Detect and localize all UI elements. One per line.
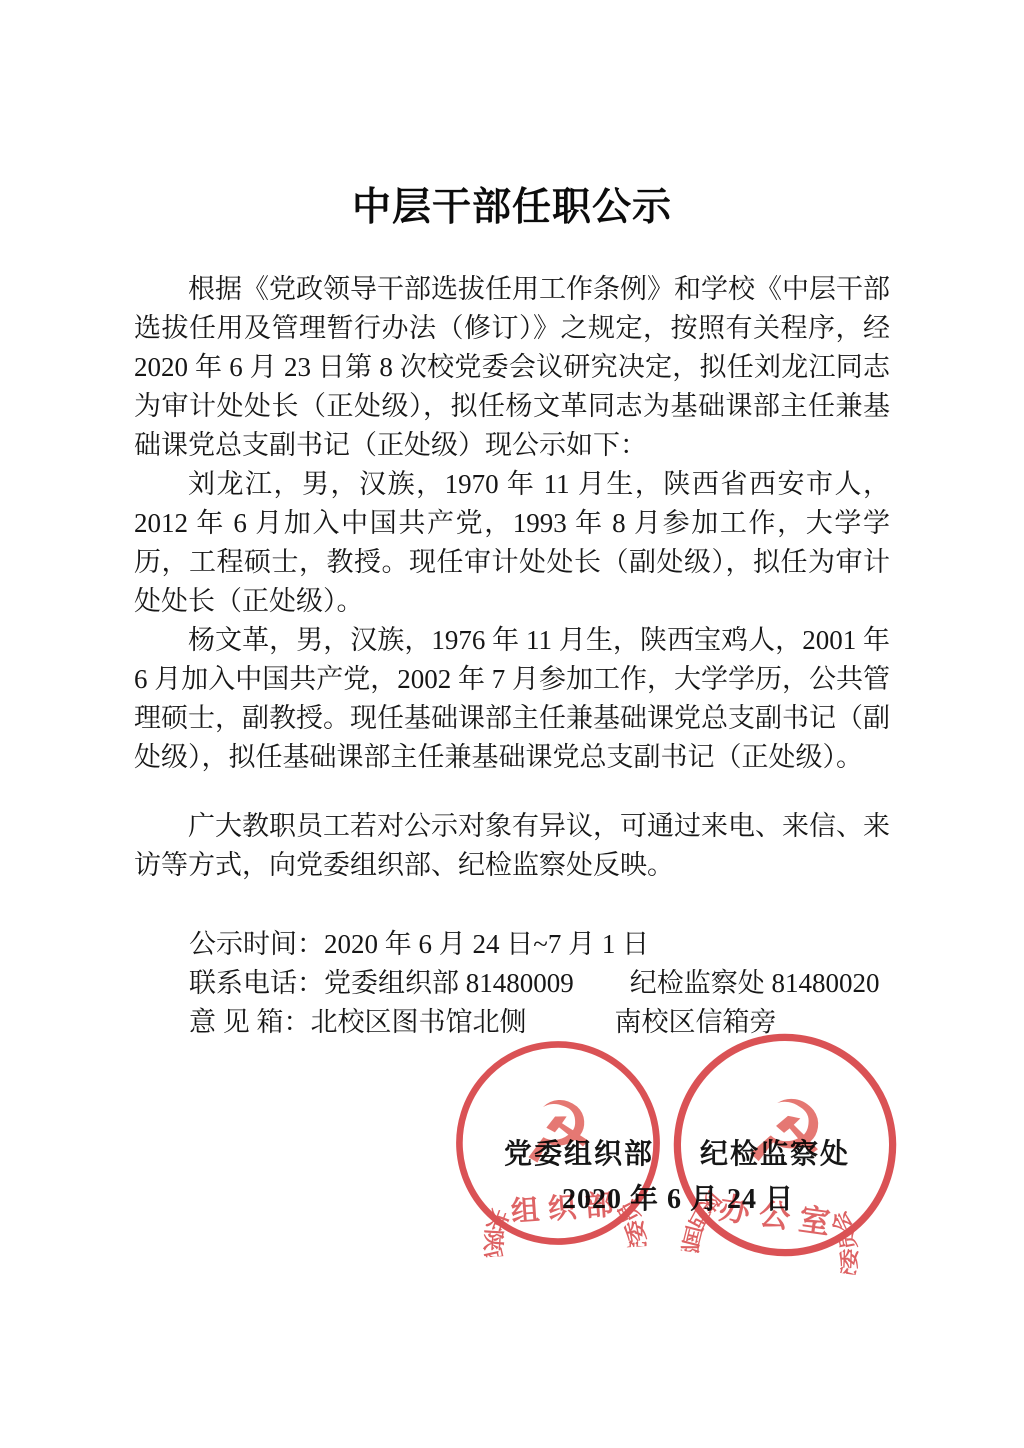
paragraph-liu-longjiang: 刘龙江，男，汉族，1970 年 11 月生，陕西省西安市人，2012 年 6 月… (134, 465, 890, 621)
seal-bottom-text: 办公室 (717, 1190, 842, 1242)
paragraph-basis: 根据《党政领导干部选拔任用工作条例》和学校《中层干部选拔任用及管理暂行办法（修订… (134, 270, 890, 465)
period-value: 2020 年 6 月 24 日~7 月 1 日 (324, 929, 649, 959)
document-body: 根据《党政领导干部选拔任用工作条例》和学校《中层干部选拔任用及管理暂行办法（修订… (134, 270, 890, 1042)
seal-bottom-text: 组织部 (510, 1189, 623, 1229)
paragraph-feedback: 广大教职员工若对公示对象有异议，可通过来电、来信、来访等方式，向党委组织部、纪检… (134, 807, 890, 885)
phone-label: 联系电话： (189, 968, 324, 998)
hammer-sickle-icon: ☭ (739, 1076, 835, 1192)
mailbox-label: 意 见 箱： (189, 1007, 311, 1037)
phone-org-dept: 党委组织部 81480009 (324, 968, 574, 998)
period-label: 公示时间： (189, 929, 324, 959)
contact-row-phone: 联系电话：党委组织部 81480009纪检监察处 81480020 (189, 964, 890, 1003)
paragraph-yang-wenge: 杨文革，男，汉族，1976 年 11 月生，陕西宝鸡人，2001 年 6 月加入… (134, 621, 890, 777)
page-title: 中层干部任职公示 (0, 0, 1024, 232)
hammer-sickle-icon: ☭ (517, 1082, 598, 1184)
phone-discipline-office: 纪检监察处 81480020 (630, 968, 880, 998)
contact-row-period: 公示时间：2020 年 6 月 24 日~7 月 1 日 (189, 925, 890, 964)
official-seal-organization-dept: 中共陕西国防工业职业技术学院委员会 ☭ 组织部 (442, 1027, 675, 1260)
mailbox-north: 北校区图书馆北侧 (311, 1007, 527, 1037)
official-seal-discipline-committee: 陕西国防工业职业技术学院纪律检查委员会 ☭ 办公室 (651, 1011, 920, 1280)
document-page: 中层干部任职公示 根据《党政领导干部选拔任用工作条例》和学校《中层干部选拔任用及… (0, 0, 1024, 1448)
